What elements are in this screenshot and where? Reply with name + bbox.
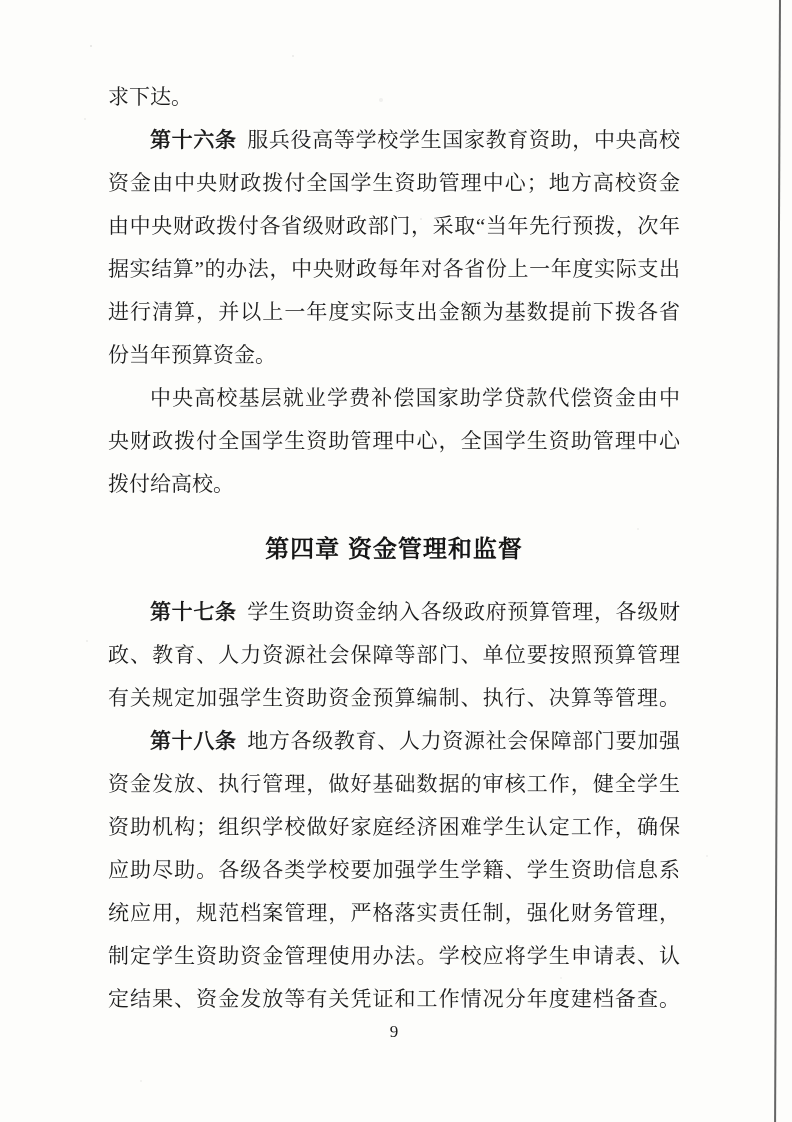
text-line: 应助尽助。各级各类学校要加强学生学籍、学生资助信息系 xyxy=(108,849,680,892)
text-line: 制定学生资助资金管理使用办法。学校应将学生申请表、认 xyxy=(108,935,680,978)
text-line: 统应用，规范档案管理，严格落实责任制，强化财务管理， xyxy=(108,892,680,935)
text-run: 学生资助资金纳入各级政府预算管理，各级财 xyxy=(247,600,680,624)
text-line: 资金发放、执行管理，做好基础数据的审核工作，健全学生 xyxy=(108,763,680,806)
article-number: 第十六条 xyxy=(150,129,237,152)
text-line: 第十八条地方各级教育、人力资源社会保障部门要加强 xyxy=(108,720,680,763)
document-body: 求下达。 第十六条服兵役高等学校学生国家教育资助，中央高校 资金由中央财政拨付全… xyxy=(108,76,680,1043)
text-line: 央财政拨付全国学生资助管理中心，全国学生资助管理中心 xyxy=(108,420,680,463)
text-line: 据实结算”的办法，中央财政每年对各省份上一年度实际支出 xyxy=(108,248,680,291)
text-run: 服兵役高等学校学生国家教育资助，中央高校 xyxy=(247,128,680,152)
text-line: 第十六条服兵役高等学校学生国家教育资助，中央高校 xyxy=(108,119,680,162)
page-number: 9 xyxy=(108,1021,680,1043)
text-line: 资金由中央财政拨付全国学生资助管理中心；地方高校资金 xyxy=(108,162,680,205)
text-line: 政、教育、人力资源社会保障等部门、单位要按照预算管理 xyxy=(108,634,680,677)
text-line: 定结果、资金发放等有关凭证和工作情况分年度建档备查。 xyxy=(108,978,680,1021)
document-page: 求下达。 第十六条服兵役高等学校学生国家教育资助，中央高校 资金由中央财政拨付全… xyxy=(0,0,792,1122)
article-number: 第十七条 xyxy=(150,601,237,624)
text-line: 第十七条学生资助资金纳入各级政府预算管理，各级财 xyxy=(108,591,680,634)
text-line: 有关规定加强学生资助资金预算编制、执行、决算等管理。 xyxy=(108,677,680,720)
chapter-heading: 第四章 资金管理和监督 xyxy=(108,528,680,571)
text-line: 求下达。 xyxy=(108,76,680,119)
text-run: 地方各级教育、人力资源社会保障部门要加强 xyxy=(247,729,680,753)
text-line: 由中央财政拨付各省级财政部门，采取“当年先行预拨，次年 xyxy=(108,205,680,248)
text-line: 资助机构；组织学校做好家庭经济困难学生认定工作，确保 xyxy=(108,806,680,849)
text-line: 拨付给高校。 xyxy=(108,463,680,506)
text-line: 进行清算，并以上一年度实际支出金额为基数提前下拨各省 xyxy=(108,291,680,334)
text-line: 份当年预算资金。 xyxy=(108,334,680,377)
text-line: 中央高校基层就业学费补偿国家助学贷款代偿资金由中 xyxy=(108,377,680,420)
article-number: 第十八条 xyxy=(150,730,237,753)
scan-artifact-line xyxy=(774,0,781,1122)
